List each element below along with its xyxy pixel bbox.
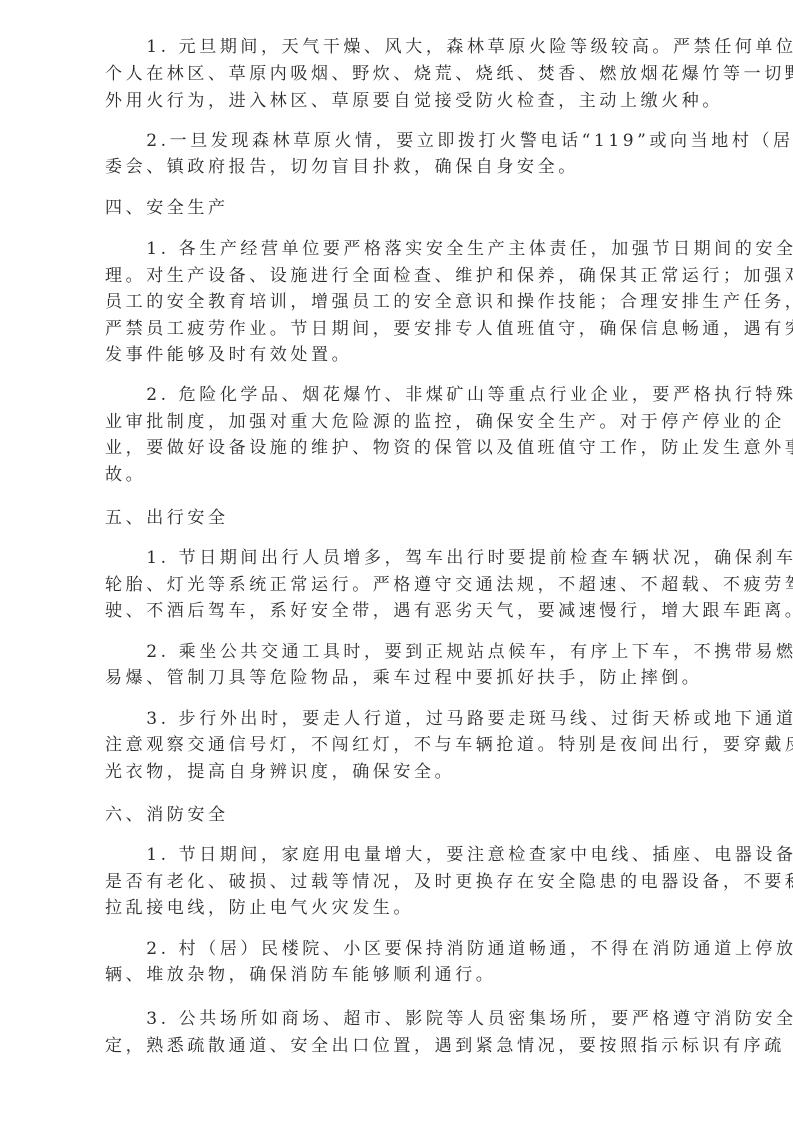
section-heading-fire-safety: 六、消防安全 — [105, 802, 689, 828]
text-line: 员工的安全教育培训，增强员工的安全意识和操作技能；合理安排生产任务， — [105, 289, 689, 315]
text-line: 拉乱接电线，防止电气火灾发生。 — [105, 895, 689, 921]
text-line: 易爆、管制刀具等危险物品，乘车过程中要抓好扶手，防止摔倒。 — [105, 665, 689, 691]
text-line: 是否有老化、破损、过载等情况，及时更换存在安全隐患的电器设备，不要私 — [105, 869, 689, 895]
text-line: 轮胎、灯光等系统正常运行。严格遵守交通法规，不超速、不超载、不疲劳驾 — [105, 572, 689, 598]
text-line: 注意观察交通信号灯，不闯红灯，不与车辆抢道。特别是夜间出行，要穿戴反 — [105, 732, 689, 758]
text-line: 2.一旦发现森林草原火情，要立即拨打火警电话“119”或向当地村（居） — [105, 128, 689, 154]
text-line: 1. 元旦期间，天气干燥、风大，森林草原火险等级较高。严禁任何单位和 — [105, 34, 689, 60]
text-line: 业审批制度，加强对重大危险源的监控，确保安全生产。对于停产停业的企 — [105, 409, 689, 435]
text-line: 故。 — [105, 462, 689, 488]
section-heading-production-safety: 四、安全生产 — [105, 195, 689, 221]
document-page: 1. 元旦期间，天气干燥、风大，森林草原火险等级较高。严禁任何单位和 个人在林区… — [0, 0, 793, 1122]
text-line: 个人在林区、草原内吸烟、野炊、烧荒、烧纸、焚香、燃放烟花爆竹等一切野 — [105, 61, 689, 87]
section-heading-travel-safety: 五、出行安全 — [105, 505, 689, 531]
text-line: 1. 各生产经营单位要严格落实安全生产主体责任，加强节日期间的安全管 — [105, 236, 689, 262]
text-line: 理。对生产设备、设施进行全面检查、维护和保养，确保其正常运行；加强对 — [105, 263, 689, 289]
text-line: 光衣物，提高自身辨识度，确保安全。 — [105, 759, 689, 785]
text-line: 2. 乘坐公共交通工具时，要到正规站点候车，有序上下车，不携带易燃、 — [105, 639, 689, 665]
text-line: 3. 公共场所如商场、超市、影院等人员密集场所，要严格遵守消防安全规 — [105, 1006, 689, 1032]
text-line: 严禁员工疲劳作业。节日期间，要安排专人值班值守，确保信息畅通，遇有突 — [105, 316, 689, 342]
text-line: 2. 村（居）民楼院、小区要保持消防通道畅通，不得在消防通道上停放车 — [105, 936, 689, 962]
text-line: 辆、堆放杂物，确保消防车能够顺利通行。 — [105, 962, 689, 988]
text-line: 3. 步行外出时，要走人行道，过马路要走斑马线、过街天桥或地下通道， — [105, 706, 689, 732]
text-line: 委会、镇政府报告，切勿盲目扑救，确保自身安全。 — [105, 154, 689, 180]
text-line: 1. 节日期间出行人员增多，驾车出行时要提前检查车辆状况，确保刹车、 — [105, 545, 689, 571]
text-line: 发事件能够及时有效处置。 — [105, 342, 689, 368]
text-line: 外用火行为，进入林区、草原要自觉接受防火检查，主动上缴火种。 — [105, 88, 689, 114]
text-line: 定，熟悉疏散通道、安全出口位置，遇到紧急情况，要按照指示标识有序疏 — [105, 1033, 689, 1059]
text-line: 业，要做好设备设施的维护、物资的保管以及值班值守工作，防止发生意外事 — [105, 435, 689, 461]
text-line: 1. 节日期间，家庭用电量增大，要注意检查家中电线、插座、电器设备等 — [105, 842, 689, 868]
text-line: 驶、不酒后驾车，系好安全带，遇有恶劣天气，要减速慢行，增大跟车距离。 — [105, 598, 689, 624]
text-line: 2. 危险化学品、烟花爆竹、非煤矿山等重点行业企业，要严格执行特殊作 — [105, 382, 689, 408]
